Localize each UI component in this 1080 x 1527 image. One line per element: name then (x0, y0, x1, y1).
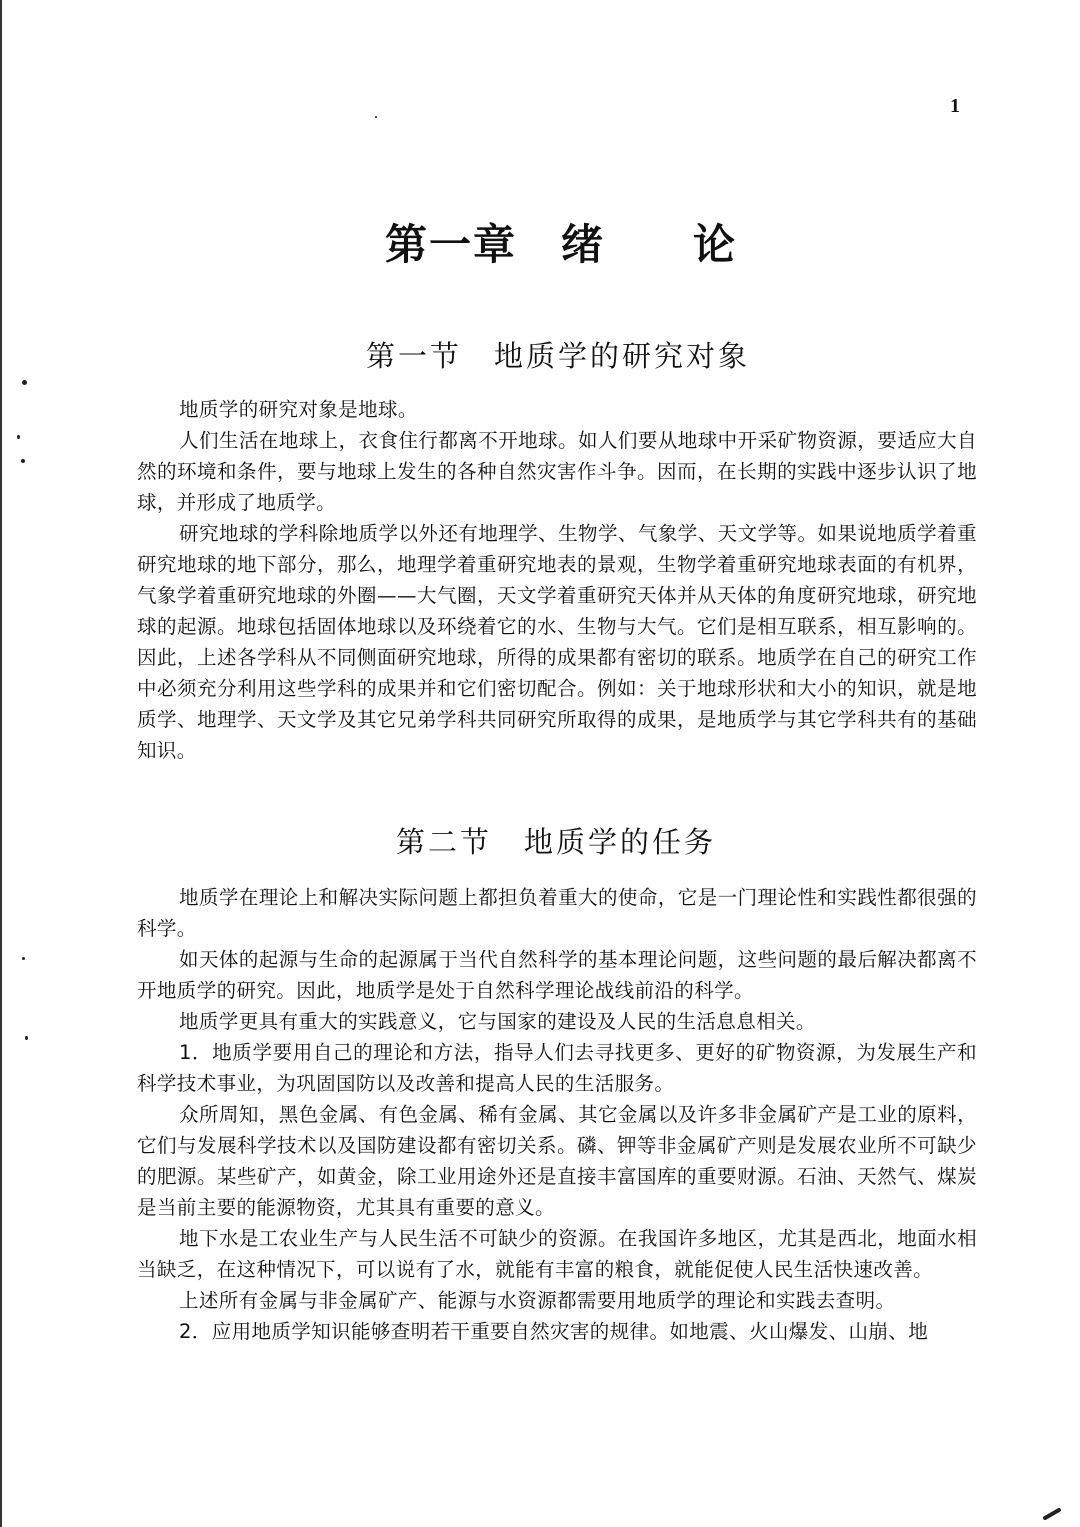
paragraph: 上述所有金属与非金属矿产、能源与水资源都需要用地质学的理论和实践去查明。 (137, 1285, 977, 1316)
paragraph: 人们生活在地球上，衣食住行都离不开地球。如人们要从地球中开采矿物资源，要适应大自… (137, 425, 977, 518)
scan-left-edge (0, 0, 2, 1527)
paragraph: 地质学在理论上和解决实际问题上都担负着重大的使命，它是一门理论性和实践性都很强的… (137, 882, 977, 944)
paragraph: 地下水是工农业生产与人民生活不可缺少的资源。在我国许多地区，尤其是西北，地面水相… (137, 1223, 977, 1285)
scan-speck (375, 116, 377, 118)
paragraph: 地质学的研究对象是地球。 (137, 394, 977, 425)
scan-speck (17, 435, 20, 439)
scan-speck (22, 957, 25, 960)
page-number: 1 (950, 95, 960, 118)
section-title-2: 第二节 地质学的任务 (396, 820, 716, 861)
chapter-title: 第一章 绪 论 (385, 212, 737, 272)
paragraph: 1．地质学要用自己的理论和方法，指导人们去寻找更多、更好的矿物资源，为发展生产和… (137, 1037, 977, 1099)
scan-speck (22, 380, 27, 385)
section-1-body: 地质学的研究对象是地球。 人们生活在地球上，衣食住行都离不开地球。如人们要从地球… (137, 394, 977, 766)
paragraph: 地质学更具有重大的实践意义，它与国家的建设及人民的生活息息相关。 (137, 1006, 977, 1037)
scan-speck (1042, 1507, 1061, 1520)
scan-speck (25, 1036, 28, 1040)
paragraph: 众所周知，黑色金属、有色金属、稀有金属、其它金属以及许多非金属矿产是工业的原料，… (137, 1099, 977, 1223)
scan-speck (21, 459, 25, 463)
paragraph: 如天体的起源与生命的起源属于当代自然科学的基本理论问题，这些问题的最后解决都离不… (137, 944, 977, 1006)
paragraph: 研究地球的学科除地质学以外还有地理学、生物学、气象学、天文学等。如果说地质学着重… (137, 518, 977, 766)
paragraph: 2．应用地质学知识能够查明若干重要自然灾害的规律。如地震、火山爆发、山崩、地 (137, 1316, 977, 1347)
section-title-1: 第一节 地质学的研究对象 (366, 334, 750, 375)
section-2-body: 地质学在理论上和解决实际问题上都担负着重大的使命，它是一门理论性和实践性都很强的… (137, 882, 977, 1347)
